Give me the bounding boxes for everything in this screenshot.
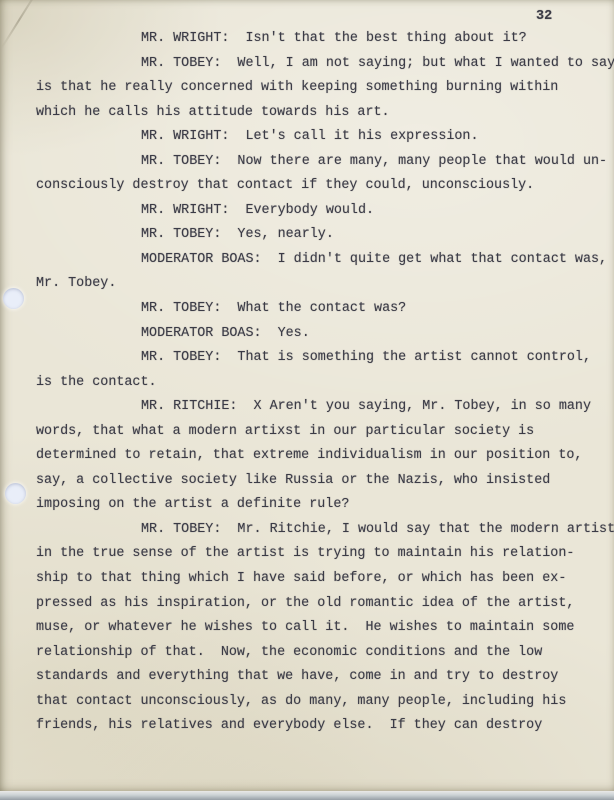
paper-bottom-edge bbox=[0, 791, 614, 800]
scanned-document-background: { "page": { "number": "32", "paper_color… bbox=[0, 0, 614, 800]
transcript-line: pressed as his inspiration, or the old r… bbox=[36, 592, 592, 617]
transcript-line: is the contact. bbox=[36, 371, 592, 396]
transcript-line: MR. WRIGHT: Let's call it his expression… bbox=[36, 125, 592, 150]
transcript-line: MODERATOR BOAS: I didn't quite get what … bbox=[36, 248, 592, 273]
transcript-line: in the true sense of the artist is tryin… bbox=[36, 542, 592, 567]
transcript-line: MR. TOBEY: What the contact was? bbox=[36, 297, 592, 322]
transcript-line: relationship of that. Now, the economic … bbox=[36, 641, 592, 666]
transcript-line: consciously destroy that contact if they… bbox=[36, 174, 592, 199]
transcript-line: MR. RITCHIE: X Aren't you saying, Mr. To… bbox=[36, 395, 592, 420]
transcript-text: MR. WRIGHT: Isn't that the best thing ab… bbox=[36, 27, 592, 739]
transcript-line: MR. WRIGHT: Everybody would. bbox=[36, 199, 592, 224]
transcript-line: which he calls his attitude towards his … bbox=[36, 101, 592, 126]
transcript-line: friends, his relatives and everybody els… bbox=[36, 714, 592, 739]
transcript-line: MR. TOBEY: Now there are many, many peop… bbox=[36, 150, 592, 175]
punch-hole-bottom bbox=[5, 483, 26, 504]
transcript-line: MODERATOR BOAS: Yes. bbox=[36, 322, 592, 347]
transcript-line: say, a collective society like Russia or… bbox=[36, 469, 592, 494]
transcript-line: that contact unconsciously, as do many, … bbox=[36, 690, 592, 715]
transcript-line: muse, or whatever he wishes to call it. … bbox=[36, 616, 592, 641]
transcript-line: Mr. Tobey. bbox=[36, 272, 592, 297]
transcript-line: MR. TOBEY: Well, I am not saying; but wh… bbox=[36, 52, 592, 77]
transcript-line: ship to that thing which I have said bef… bbox=[36, 567, 592, 592]
transcript-line: words, that what a modern artixst in our… bbox=[36, 420, 592, 445]
transcript-line: MR. WRIGHT: Isn't that the best thing ab… bbox=[36, 27, 592, 52]
punch-hole-top bbox=[3, 288, 24, 309]
transcript-line: MR. TOBEY: Yes, nearly. bbox=[36, 223, 592, 248]
transcript-line: MR. TOBEY: Mr. Ritchie, I would say that… bbox=[36, 518, 592, 543]
document-page: 32 MR. WRIGHT: Isn't that the best thing… bbox=[0, 0, 614, 791]
page-number: 32 bbox=[536, 9, 552, 24]
transcript-line: imposing on the artist a definite rule? bbox=[36, 493, 592, 518]
transcript-line: determined to retain, that extreme indiv… bbox=[36, 444, 592, 469]
transcript-line: is that he really concerned with keeping… bbox=[36, 76, 592, 101]
transcript-line: MR. TOBEY: That is something the artist … bbox=[36, 346, 592, 371]
transcript-line: standards and everything that we have, c… bbox=[36, 665, 592, 690]
